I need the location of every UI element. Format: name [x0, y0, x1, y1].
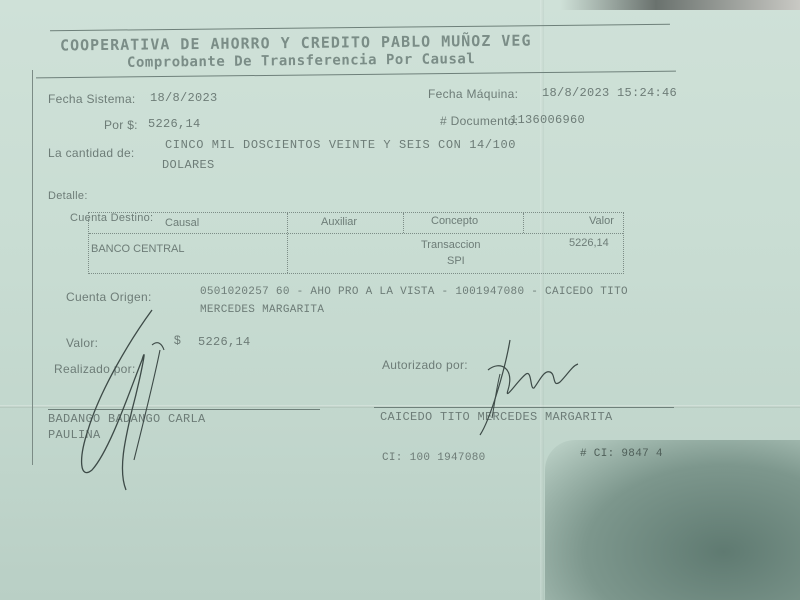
table-column-divider — [523, 213, 525, 233]
row-causal: BANCO CENTRAL — [91, 243, 185, 255]
valor-value: 5226,14 — [198, 335, 251, 349]
fecha-maquina-label: Fecha Máquina: — [428, 87, 518, 101]
autorizado-ci: CI: 100 1947080 — [382, 452, 486, 464]
cantidad-line2: DOLARES — [162, 158, 215, 172]
documento-value: 1136006960 — [510, 113, 585, 127]
fecha-sistema-label: Fecha Sistema: — [48, 92, 136, 106]
documento-label: # Documento: — [440, 114, 518, 128]
receipt-left-border — [32, 70, 33, 465]
cantidad-line1: CINCO MIL DOSCIENTOS VEINTE Y SEIS CON 1… — [165, 138, 516, 152]
detalle-label: Detalle: — [48, 190, 88, 202]
fecha-maquina-value: 18/8/2023 15:24:46 — [542, 86, 677, 100]
realizado-signature — [70, 300, 180, 500]
table-column-divider — [403, 213, 405, 233]
table-header-valor: Valor — [589, 215, 614, 227]
hand-shadow — [545, 440, 800, 600]
row-valor: 5226,14 — [569, 237, 609, 249]
detail-table: Causal Auxiliar Concepto Valor BANCO CEN… — [88, 212, 624, 274]
row-concepto-line2: SPI — [447, 255, 465, 267]
table-header-concepto: Concepto — [431, 215, 478, 227]
table-column-divider — [287, 213, 289, 273]
autorizado-ref: # CI: 9847 4 — [580, 448, 663, 460]
background-surface — [560, 0, 800, 10]
autorizado-label: Autorizado por: — [382, 358, 468, 372]
fecha-sistema-value: 18/8/2023 — [150, 91, 218, 105]
por-label: Por $: — [104, 118, 138, 132]
table-header-causal: Causal — [165, 217, 199, 229]
por-value: 5226,14 — [148, 117, 201, 131]
cantidad-label: La cantidad de: — [48, 146, 135, 160]
row-concepto-line1: Transaccion — [421, 239, 481, 251]
cuenta-origen-line2: MERCEDES MARGARITA — [200, 304, 324, 316]
table-header-auxiliar: Auxiliar — [321, 216, 357, 228]
table-header-separator — [89, 233, 623, 235]
cuenta-origen-line1: 0501020257 60 - AHO PRO A LA VISTA - 100… — [200, 286, 628, 298]
autorizado-signature — [460, 330, 600, 440]
